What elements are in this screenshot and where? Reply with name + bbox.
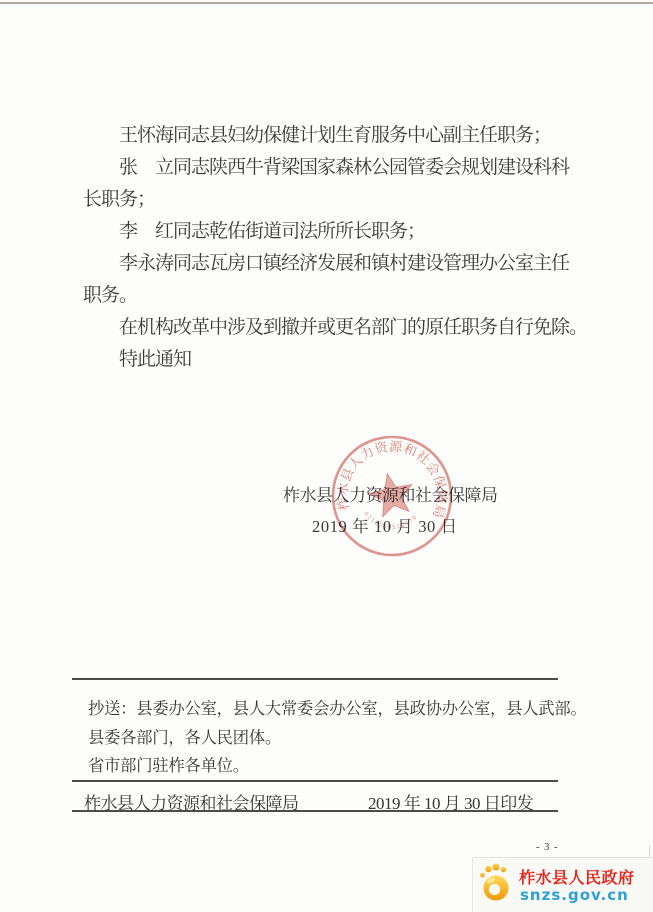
page-number: - 3 -: [536, 842, 559, 853]
body-line: 李 红同志乾佑街道司法所所长职务；: [83, 219, 425, 245]
print-date: 2019 年 10 月 30 日印发: [368, 789, 533, 814]
body-line: 特此通知: [83, 347, 191, 373]
body-line: 王怀海同志县妇幼保健计划生育服务中心副主任职务；: [83, 123, 551, 149]
footer-rule-top: [72, 678, 558, 680]
print-issuer: 柞水县人力资源和社会保障局: [84, 789, 299, 814]
seal-ring-text: 柞水县人力资源和社会保障局: [335, 439, 449, 521]
gov-name: 柞水县人民政府: [519, 865, 635, 888]
gov-watermark-badge: 柞水县人民政府 snzs.gov.cn: [472, 857, 653, 912]
svg-text:柞水县人力资源和社会保障局: 柞水县人力资源和社会保障局: [335, 439, 449, 521]
signature-date: 2019 年 10 月 30 日: [312, 513, 458, 537]
scanned-document-page: 王怀海同志县妇幼保健计划生育服务中心副主任职务； 张 立同志陕西牛背梁国家森林公…: [0, 0, 653, 912]
cc-line: 县委各部门，各人民团体。: [88, 724, 281, 748]
signature-org: 柞水县人力资源和社会保障局: [283, 481, 498, 506]
body-line: 张 立同志陕西牛背梁国家森林公园管委会规划建设科科: [83, 155, 569, 181]
scan-edge-top: [0, 2, 653, 4]
body-line: 长职务；: [83, 187, 155, 213]
gov-domain: snzs.gov.cn: [520, 886, 629, 904]
body-line: 在机构改革中涉及到撤并或更名部门的原任职务自行免除。: [83, 315, 587, 341]
body-line: 职务。: [83, 283, 137, 309]
body-line: 李永涛同志瓦房口镇经济发展和镇村建设管理办公室主任: [83, 251, 569, 277]
footprint-icon: [478, 862, 514, 902]
cc-line: 抄送：县委办公室，县人大常委会办公室，县政协办公室，县人武部。: [88, 695, 587, 719]
footer-rule-middle: [72, 780, 558, 782]
cc-line: 省市部门驻柞各单位。: [88, 752, 249, 776]
